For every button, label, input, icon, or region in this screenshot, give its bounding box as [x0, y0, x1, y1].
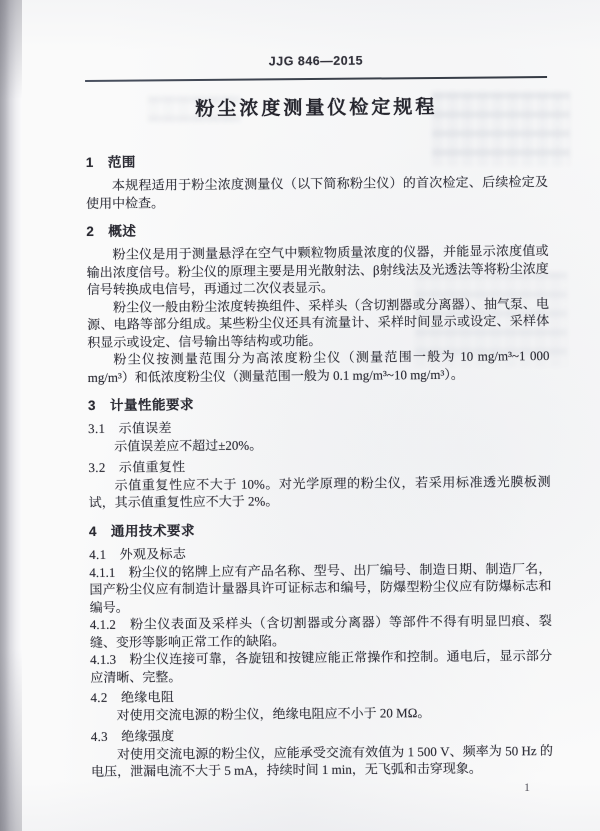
- paragraph: 粉尘仪按测量范围分为高浓度粉尘仪（测量范围一般为 10 mg/m³~1 000 …: [87, 347, 549, 386]
- section-heading: 4 通用技术要求: [89, 518, 551, 540]
- numbered-paragraph: 4.1.2 粉尘仪表面及采样头（含切割器或分离器）等部件不得有明显凹痕、裂缝、变…: [90, 612, 552, 651]
- paragraph: 对使用交流电源的粉尘仪，绝缘电阻应不小于 20 MΩ。: [91, 703, 553, 725]
- section-heading: 3 计量性能要求: [88, 393, 550, 415]
- numbered-paragraph: 4.1.1 粉尘仪的铭牌上应有产品名称、型号、出厂编号、制造日期、制造厂名，国产…: [89, 559, 551, 616]
- document-body: 1 范围 本规程适用于粉尘浓度测量仪（以下简称粉尘仪）的首次检定、后续检定及使用…: [86, 150, 553, 781]
- scan-left-edge-shadow: [0, 0, 22, 831]
- paragraph: 本规程适用于粉尘浓度测量仪（以下简称粉尘仪）的首次检定、后续检定及使用中检查。: [86, 173, 548, 212]
- paragraph: 示值误差应不超过±20%。: [88, 434, 550, 456]
- paragraph: 粉尘仪是用于测量悬浮在空气中颗粒物质量浓度的仪器，并能显示浓度值或输出浓度信号。…: [87, 242, 549, 299]
- header-rule: [85, 76, 547, 82]
- paragraph: 粉尘仪一般由粉尘浓度转换组件、采样头（含切割器或分离器）、抽气泵、电源、电路等部…: [87, 294, 549, 351]
- paragraph: 对使用交流电源的粉尘仪，应能承受交流有效值为 1 500 V、频率为 50 Hz…: [91, 741, 553, 780]
- document-content: JJG 846—2015 粉尘浓度测量仪检定规程 1 范围 本规程适用于粉尘浓度…: [85, 50, 553, 781]
- paragraph: 示值重复性应不大于 10%。对光学原理的粉尘仪，若采用标准透光膜板测试，其示值重…: [89, 472, 551, 511]
- standard-number: JJG 846—2015: [85, 50, 547, 73]
- section-heading: 2 概述: [86, 219, 548, 241]
- section-heading: 1 范围: [86, 150, 548, 172]
- document-title: 粉尘浓度测量仪检定规程: [85, 94, 547, 124]
- numbered-paragraph: 4.1.3 粉尘仪连接可靠，各旋钮和按键应能正常操作和控制。通电后，显示部分应清…: [90, 647, 552, 686]
- scanned-page: JJG 846—2015 粉尘浓度测量仪检定规程 1 范围 本规程适用于粉尘浓度…: [0, 0, 600, 831]
- page-number: 1: [524, 780, 530, 795]
